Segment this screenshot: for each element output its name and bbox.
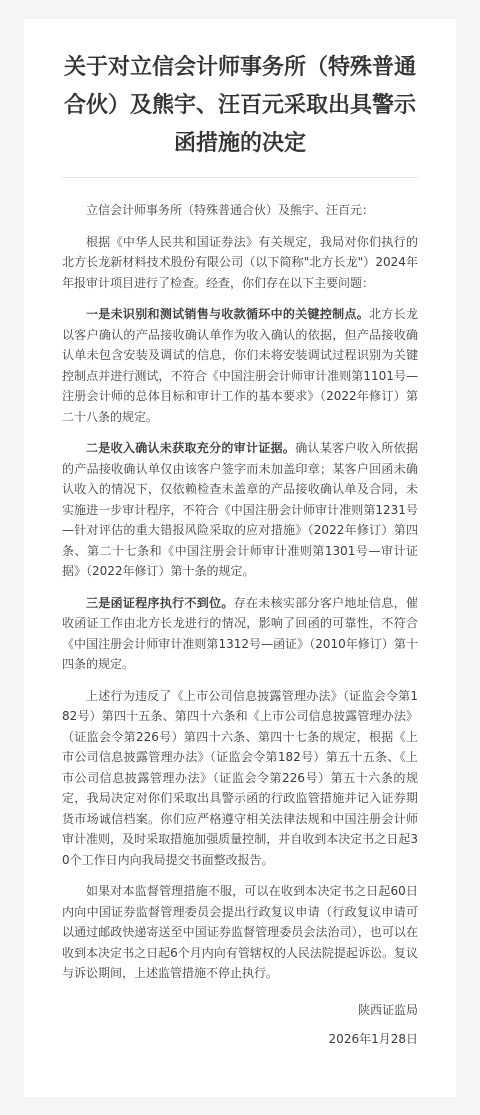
paragraph-lead: 二是收入确认未获取充分的审计证据。 xyxy=(86,441,295,455)
title-divider xyxy=(62,177,418,178)
salutation: 立信会计师事务所（特殊普通合伙）及熊宇、汪百元： xyxy=(62,200,418,221)
document-body: 立信会计师事务所（特殊普通合伙）及熊宇、汪百元： 根据《中华人民共和国证券法》有… xyxy=(62,200,418,1049)
issue-date: 2026年1月28日 xyxy=(62,1029,418,1049)
paragraph-text: 根据《中华人民共和国证券法》有关规定，我局对你们执行的北方长龙新材料技术股份有限… xyxy=(62,235,418,290)
paragraph-lead: 三是函证程序执行不到位。 xyxy=(86,596,234,610)
body-paragraph: 二是收入确认未获取充分的审计证据。确认某客户收入所依据的产品接收确认单仅由该客户… xyxy=(62,438,418,582)
paragraph-text: 确认某客户收入所依据的产品接收确认单仅由该客户签字而未加盖印章；某客户回函未确认… xyxy=(62,441,418,578)
paragraph-lead: 一是未识别和测试销售与收款循环中的关键控制点。 xyxy=(86,307,369,321)
body-paragraph: 一是未识别和测试销售与收款循环中的关键控制点。北方长龙以客户确认的产品接收确认单… xyxy=(62,304,418,427)
paragraph-text: 北方长龙以客户确认的产品接收确认单作为收入确认的依据，但产品接收确认单未包含安装… xyxy=(62,307,418,424)
body-paragraph: 上述行为违反了《上市公司信息披露管理办法》（证监会令第182号）第四十五条、第四… xyxy=(62,686,418,871)
issuing-authority: 陕西证监局 xyxy=(62,1000,418,1020)
body-paragraph: 三是函证程序执行不到位。存在未核实部分客户地址信息，催收函证工作由北方长龙进行的… xyxy=(62,593,418,675)
paragraph-text: 上述行为违反了《上市公司信息披露管理办法》（证监会令第182号）第四十五条、第四… xyxy=(62,689,418,867)
document-title: 关于对立信会计师事务所（特殊普通合伙）及熊宇、汪百元采取出具警示函措施的决定 xyxy=(62,49,418,163)
page-background: 关于对立信会计师事务所（特殊普通合伙）及熊宇、汪百元采取出具警示函措施的决定 立… xyxy=(0,0,480,1115)
signature-block: 陕西证监局 2026年1月28日 xyxy=(62,1000,418,1049)
body-paragraph: 根据《中华人民共和国证券法》有关规定，我局对你们执行的北方长龙新材料技术股份有限… xyxy=(62,232,418,294)
body-paragraph: 如果对本监督管理措施不服，可以在收到本决定书之日起60日内向中国证券监督管理委员… xyxy=(62,881,418,984)
document-card: 关于对立信会计师事务所（特殊普通合伙）及熊宇、汪百元采取出具警示函措施的决定 立… xyxy=(24,19,456,1097)
paragraph-text: 如果对本监督管理措施不服，可以在收到本决定书之日起60日内向中国证券监督管理委员… xyxy=(62,884,418,980)
